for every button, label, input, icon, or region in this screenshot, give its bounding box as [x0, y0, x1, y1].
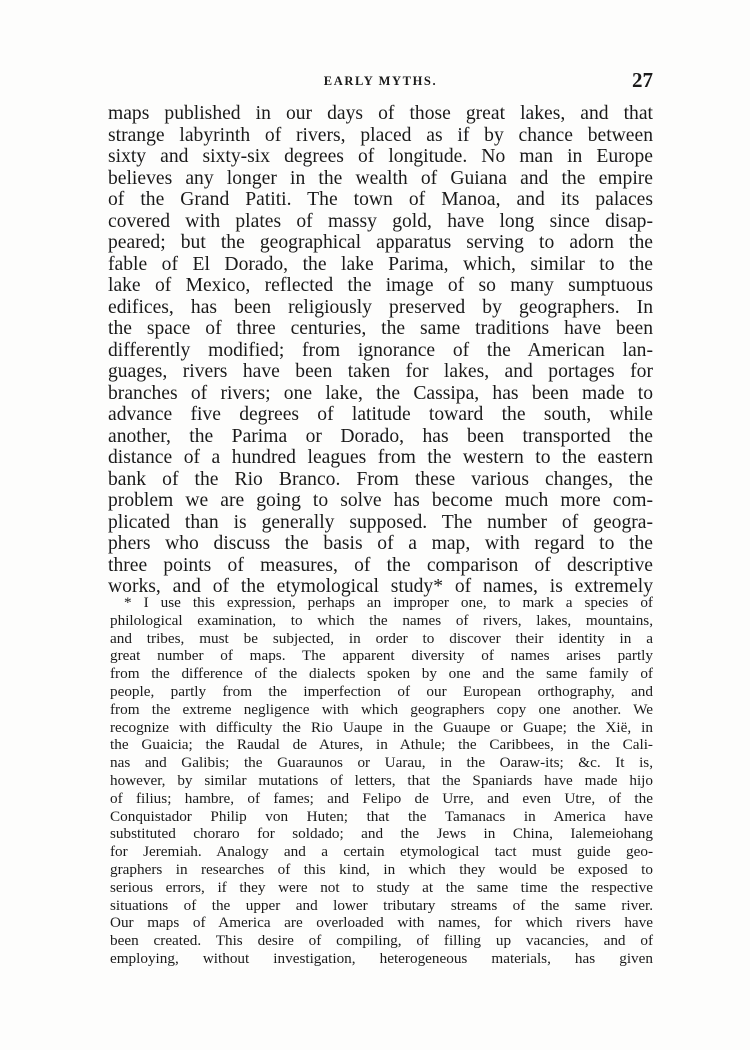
body-line: advance five degrees of latitude toward …	[108, 404, 653, 426]
body-line: of the Grand Patiti. The town of Manoa, …	[108, 189, 653, 211]
footnote-line: for Jeremiah. Analogy and a certain etym…	[110, 843, 653, 861]
footnote-line: however, by similar mutations of letters…	[110, 772, 653, 790]
footnote-line: the Guaicia; the Raudal de Atures, in At…	[110, 736, 653, 754]
body-line: maps published in our days of those grea…	[108, 103, 653, 125]
footnote-line: Our maps of America are overloaded with …	[110, 914, 653, 932]
body-line: plicated than is generally supposed. The…	[108, 512, 653, 534]
body-line: covered with plates of massy gold, have …	[108, 211, 653, 233]
footnote-line: Conquistador Philip von Huten; that the …	[110, 808, 653, 826]
body-line: lake of Mexico, reflected the image of s…	[108, 275, 653, 297]
running-head: EARLY MYTHS. 27	[108, 68, 653, 90]
body-line: another, the Parima or Dorado, has been …	[108, 426, 653, 448]
body-line: fable of El Dorado, the lake Parima, whi…	[108, 254, 653, 276]
book-page: EARLY MYTHS. 27 maps published in our da…	[0, 0, 750, 1050]
footnote-line: been created. This desire of compiling, …	[110, 932, 653, 950]
body-line: branches of rivers; one lake, the Cassip…	[108, 383, 653, 405]
body-text: maps published in our days of those grea…	[108, 103, 653, 598]
running-title: EARLY MYTHS.	[108, 74, 653, 89]
body-line: the space of three centuries, the same t…	[108, 318, 653, 340]
body-line: three points of measures, of the compari…	[108, 555, 653, 577]
footnote-line: graphers in researches of this kind, in …	[110, 861, 653, 879]
footnote-line: great number of maps. The apparent diver…	[110, 647, 653, 665]
body-line: distance of a hundred leagues from the w…	[108, 447, 653, 469]
footnote: * I use this expression, perhaps an impr…	[110, 594, 653, 968]
footnote-line: situations of the upper and lower tribut…	[110, 897, 653, 915]
body-line: differently modified; from ignorance of …	[108, 340, 653, 362]
body-line: guages, rivers have been taken for lakes…	[108, 361, 653, 383]
footnote-line: of filius; hambre, of fames; and Felipo …	[110, 790, 653, 808]
body-line: edifices, has been religiously preserved…	[108, 297, 653, 319]
footnote-line: employing, without investigation, hetero…	[110, 950, 653, 968]
page-number: 27	[632, 68, 653, 93]
footnote-line: recognize with difficulty the Rio Uaupe …	[110, 719, 653, 737]
body-line: peared; but the geographical apparatus s…	[108, 232, 653, 254]
body-line: sixty and sixty-six degrees of longitude…	[108, 146, 653, 168]
body-line: phers who discuss the basis of a map, wi…	[108, 533, 653, 555]
footnote-line: philological examination, to which the n…	[110, 612, 653, 630]
footnote-line: serious errors, if they were not to stud…	[110, 879, 653, 897]
footnote-line: nas and Galibis; the Guaraunos or Uarau,…	[110, 754, 653, 772]
footnote-line: from the difference of the dialects spok…	[110, 665, 653, 683]
footnote-line: * I use this expression, perhaps an impr…	[110, 594, 653, 612]
footnote-line: people, partly from the imperfection of …	[110, 683, 653, 701]
body-line: problem we are going to solve has become…	[108, 490, 653, 512]
footnote-line: and tribes, must be subjected, in order …	[110, 630, 653, 648]
body-line: believes any longer in the wealth of Gui…	[108, 168, 653, 190]
body-line: strange labyrinth of rivers, placed as i…	[108, 125, 653, 147]
footnote-line: substituted choraro for soldado; and the…	[110, 825, 653, 843]
footnote-line: from the extreme negligence with which g…	[110, 701, 653, 719]
body-line: bank of the Rio Branco. From these vario…	[108, 469, 653, 491]
